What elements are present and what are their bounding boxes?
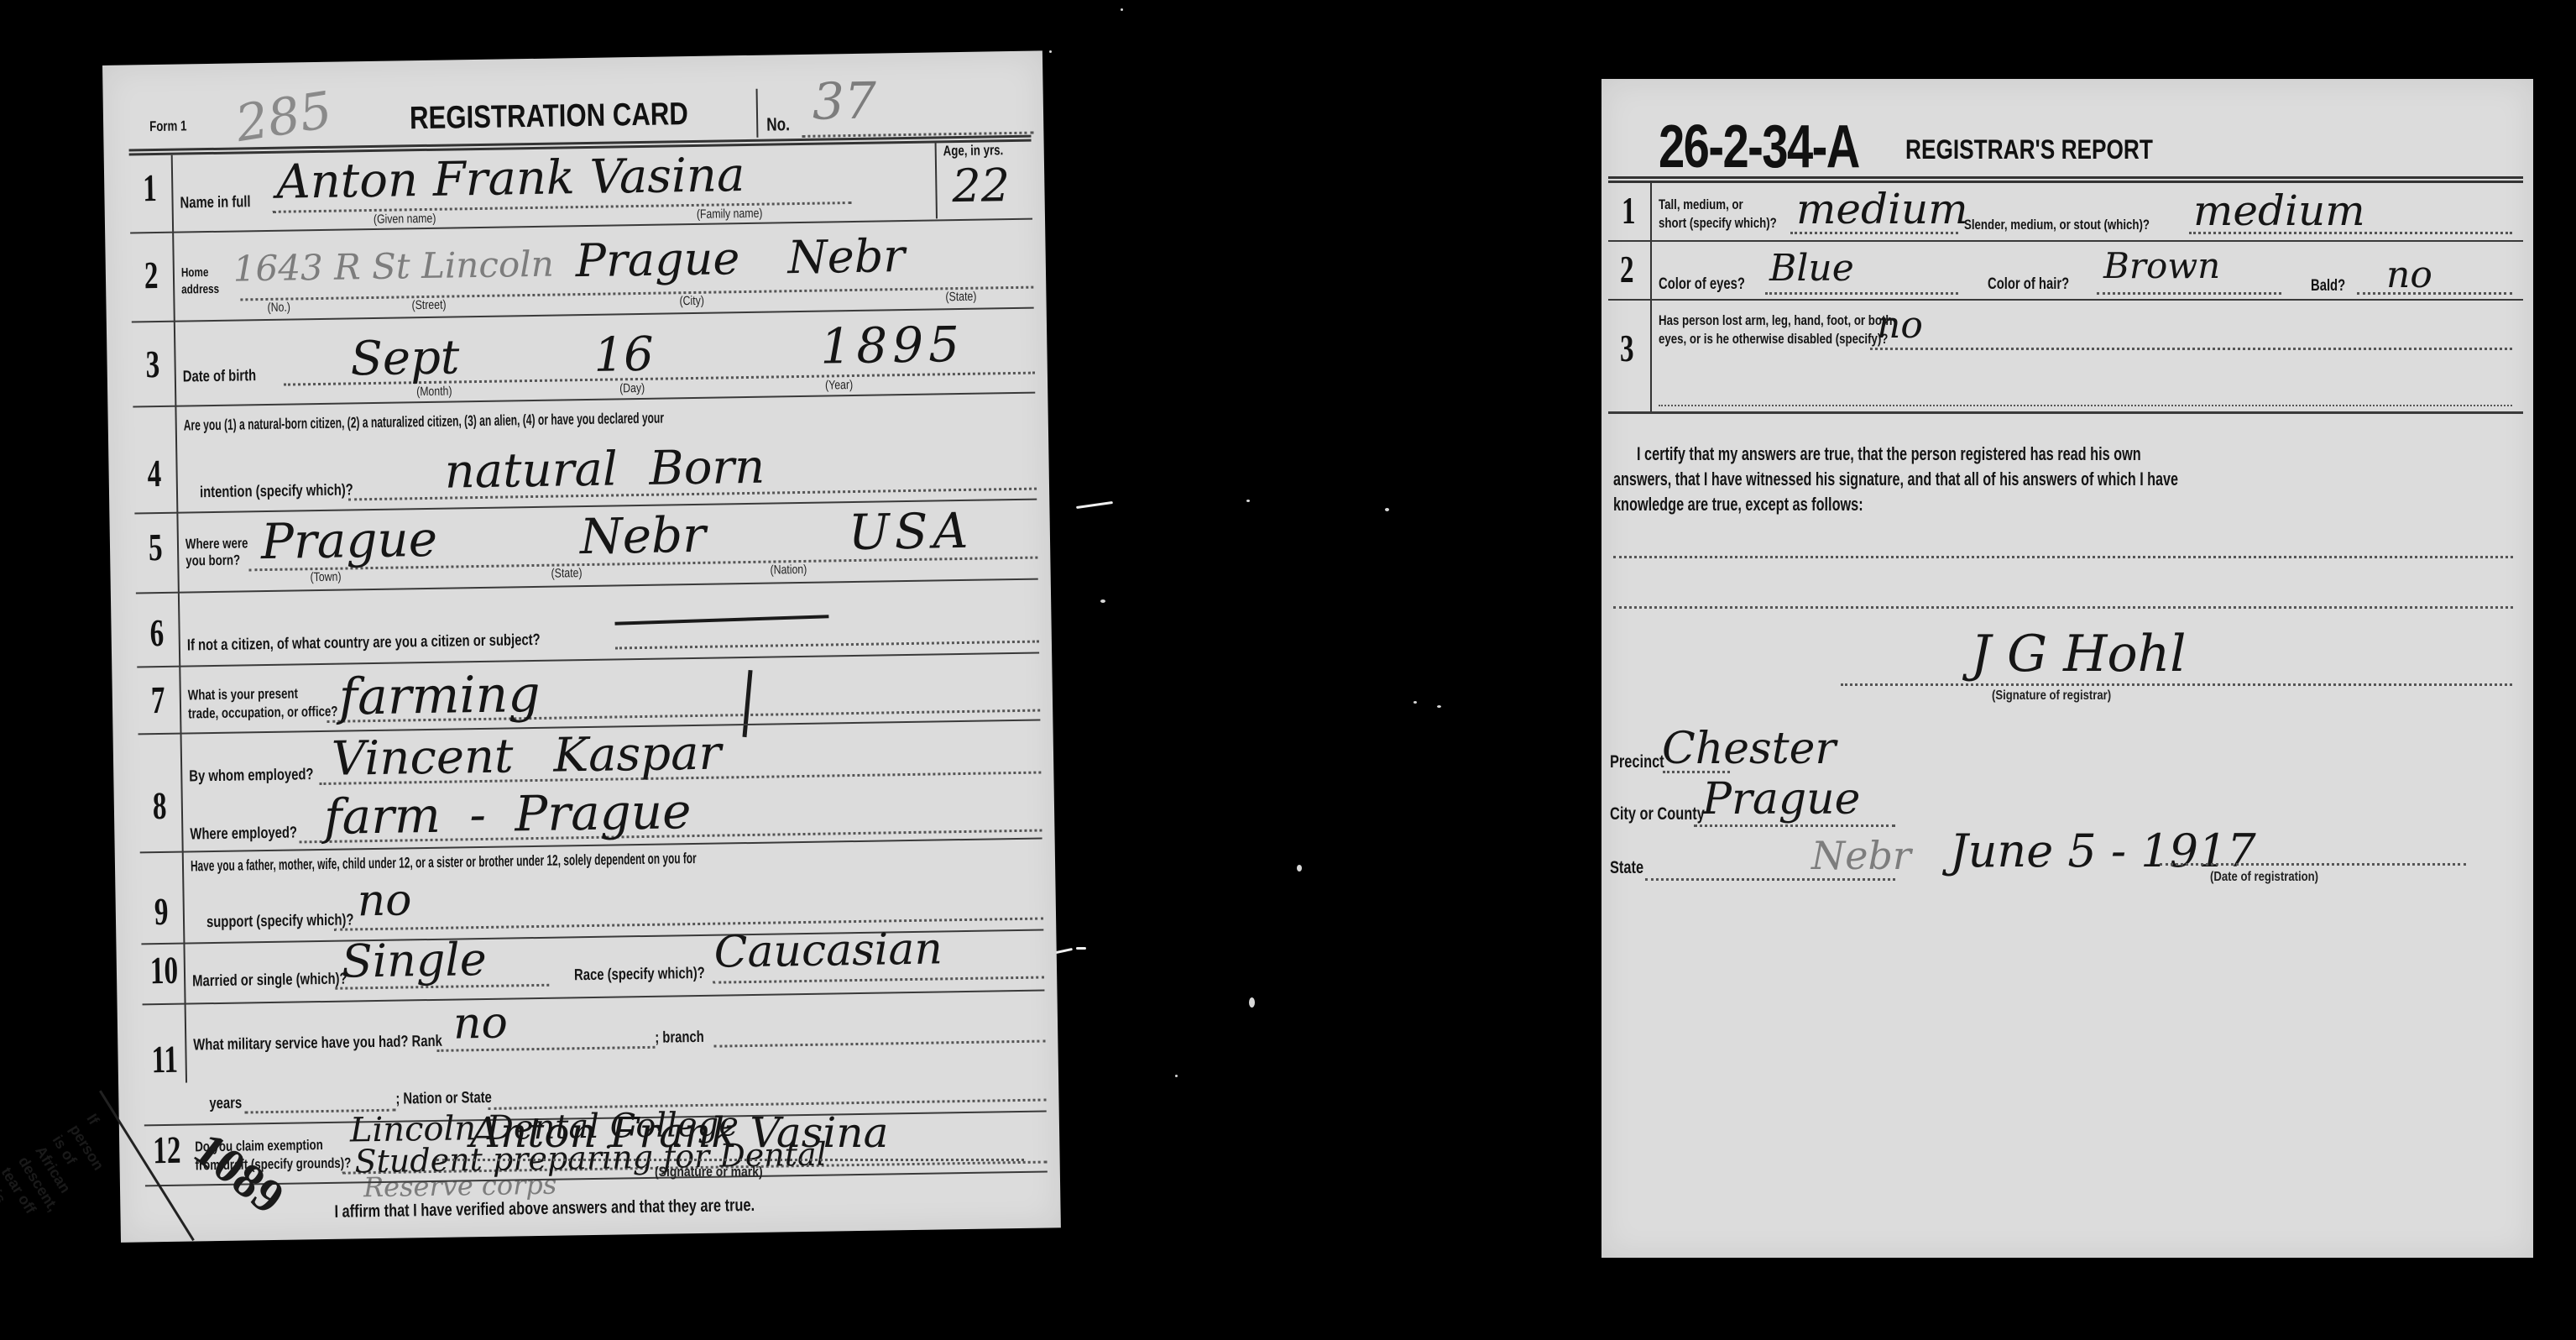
header-rule	[1608, 176, 2523, 183]
occupation-value: farming	[338, 665, 541, 727]
hair-color-label: Color of hair?	[1988, 275, 2069, 294]
citizenship-question: Are you (1) a natural-born citizen, (2) …	[184, 410, 665, 435]
dotted-line	[713, 976, 1044, 984]
employer-value: Vincent Kaspar	[332, 726, 722, 787]
item-number: 8	[152, 783, 166, 828]
address-city-state-value: Prague Nebr	[575, 229, 905, 287]
race-value: Caucasian	[713, 924, 943, 977]
report-title: REGISTRAR'S REPORT	[1905, 134, 2153, 165]
card-number: 37	[812, 72, 876, 132]
dust-speck	[1249, 997, 1255, 1008]
dotted-line	[1870, 348, 2512, 350]
address-label: address	[181, 282, 219, 297]
form-label: Form 1	[149, 118, 187, 135]
height-label-1: Tall, medium, or	[1659, 196, 1743, 213]
dotted-line	[713, 1039, 1045, 1047]
dust-speck	[1246, 500, 1250, 502]
row-rule	[137, 652, 1039, 668]
precinct-label: Precinct	[1610, 752, 1664, 772]
item-number: 2	[1620, 247, 1634, 291]
signature-line	[436, 1159, 1024, 1161]
race-label: Race (specify which)?	[574, 965, 705, 985]
registrant-signature: Anton Frank Vasina	[470, 1108, 888, 1157]
dust-speck	[1049, 50, 1052, 53]
row-rule	[1608, 411, 2523, 414]
dust-speck	[1437, 705, 1441, 708]
handwritten-dash	[614, 615, 828, 625]
dependents-value: no	[357, 875, 412, 926]
city-county-label: City or County	[1610, 804, 1705, 824]
dob-label: Date of birth	[183, 367, 257, 386]
dotted-line	[2097, 292, 2281, 295]
pencil-number: 285	[232, 81, 336, 154]
number-column-rule	[1650, 183, 1652, 411]
nation-or-state-label: ; Nation or State	[395, 1089, 492, 1109]
day-caption: (Day)	[619, 381, 645, 395]
family-name-caption: (Family name)	[697, 207, 763, 222]
birthplace-label-2: you born?	[185, 552, 240, 569]
precinct-value: Chester	[1662, 724, 1836, 774]
given-name-caption: (Given name)	[374, 212, 436, 227]
row-rule	[1608, 299, 2523, 301]
birthplace-label-1: Where were	[185, 535, 248, 552]
bald-label: Bald?	[2311, 277, 2345, 296]
dob-year-value: 1895	[820, 316, 965, 375]
item-number: 11	[151, 1037, 178, 1081]
card-title: REGISTRATION CARD	[410, 97, 688, 137]
item-number: 5	[149, 525, 163, 569]
intention-label: intention (specify which)?	[200, 481, 353, 502]
certify-line-2: answers, that I have witnessed his signa…	[1613, 468, 2178, 490]
dotted-line	[1765, 292, 1958, 295]
work-location-value: farm - Prague	[324, 783, 692, 845]
foreign-citizen-label: If not a citizen, of what country are yo…	[187, 631, 541, 656]
state-caption: (State)	[551, 566, 582, 581]
hair-color-value: Brown	[2103, 245, 2220, 286]
dust-speck	[1385, 508, 1389, 511]
item-number: 1	[1622, 188, 1636, 233]
scratch-mark	[1076, 947, 1086, 950]
age-divider	[935, 143, 938, 218]
employer-label: By whom employed?	[189, 766, 314, 786]
town-caption: (Town)	[310, 570, 341, 585]
eye-color-value: Blue	[1769, 247, 1854, 290]
signature-line	[1841, 683, 2512, 686]
marital-label: Married or single (which)?	[192, 971, 347, 992]
birth-nation-value: USA	[848, 502, 974, 561]
state-caption: (State)	[945, 290, 976, 305]
build-value: medium	[2193, 186, 2365, 235]
dust-speck	[1413, 701, 1417, 704]
item-number: 9	[154, 889, 168, 934]
military-rank-value: no	[453, 998, 509, 1049]
eye-color-label: Color of eyes?	[1659, 275, 1745, 294]
birth-town-value: Prague	[260, 510, 437, 570]
tear-off-corner-note: If person is of African descent, tear of…	[0, 1110, 132, 1248]
registration-date-caption: (Date of registration)	[2210, 870, 2318, 885]
dust-speck	[1297, 865, 1302, 872]
year-caption: (Year)	[825, 378, 853, 393]
dotted-line	[2160, 863, 2466, 866]
height-label-2: short (specify which)?	[1659, 215, 1777, 232]
age-value: 22	[952, 159, 1011, 212]
bald-value: no	[2386, 254, 2432, 296]
height-value: medium	[1796, 185, 1968, 233]
dotted-line	[615, 641, 1039, 650]
exceptions-line	[1613, 556, 2513, 558]
title-divider	[756, 89, 759, 138]
dob-day-value: 16	[593, 327, 654, 383]
dust-speck	[1121, 8, 1123, 11]
registrars-report-card: 26-2-34-A REGISTRAR'S REPORT 1 Tall, med…	[1602, 79, 2533, 1258]
dotted-line	[1659, 405, 2512, 406]
exceptions-line	[1613, 606, 2513, 609]
birth-state-value: Nebr	[579, 506, 706, 565]
row-rule	[133, 392, 1035, 408]
name-value: Anton Frank Vasina	[276, 148, 745, 210]
dotted-line	[240, 286, 1033, 301]
citizenship-value: natural Born	[444, 440, 765, 500]
certify-line-3: knowledge are true, except as follows:	[1613, 494, 1863, 516]
home-label: Home	[181, 265, 209, 280]
row-rule	[136, 578, 1038, 594]
registration-card: Form 1 285 REGISTRATION CARD No. 37 1 Na…	[102, 50, 1061, 1242]
item-number: 3	[145, 342, 159, 386]
item-number: 4	[147, 451, 161, 495]
dust-speck	[1175, 1075, 1178, 1077]
scratch-mark	[1076, 501, 1113, 509]
item-number: 10	[150, 948, 179, 993]
disability-value: no	[1877, 304, 1923, 347]
support-label: support (specify which)?	[206, 911, 354, 932]
marital-value: Single	[341, 933, 487, 988]
handwritten-stroke	[742, 670, 752, 737]
occupation-label-1: What is your present	[188, 685, 298, 704]
registrar-signature: J G Hohl	[1971, 625, 2186, 683]
street-caption: (Street)	[411, 298, 446, 313]
item-number: 12	[153, 1128, 181, 1173]
occupation-label-2: trade, occupation, or office?	[188, 704, 338, 723]
item-number: 1	[143, 165, 157, 210]
no-caption: (No.)	[267, 301, 290, 315]
disability-label-2: eyes, or is he otherwise disabled (speci…	[1659, 331, 1888, 348]
work-location-label: Where employed?	[190, 824, 297, 844]
item-number: 7	[150, 678, 165, 722]
branch-label: ; branch	[655, 1029, 704, 1048]
military-service-label: What military service have you had? Rank	[193, 1033, 442, 1055]
serial-number: 26-2-34-A	[1659, 113, 1859, 181]
years-label: years	[209, 1095, 242, 1114]
item-number: 3	[1620, 326, 1634, 370]
row-rule	[1608, 240, 2523, 242]
registrar-signature-caption: (Signature of registrar)	[1992, 688, 2111, 704]
nation-caption: (Nation)	[770, 563, 807, 578]
item-number: 6	[149, 610, 164, 655]
dotted-line	[1645, 878, 1895, 881]
certify-line-1: I certify that my answers are true, that…	[1637, 443, 2141, 465]
state-label: State	[1610, 858, 1643, 878]
month-caption: (Month)	[416, 385, 452, 400]
item-number: 2	[144, 253, 159, 297]
dotted-line	[2357, 292, 2512, 295]
dob-month-value: Sept	[350, 330, 460, 386]
dotted-line	[1694, 824, 1895, 827]
city-county-value: Prague	[1702, 774, 1860, 824]
age-label: Age, in yrs.	[943, 142, 1004, 160]
address-street-value: 1643 R St Lincoln	[233, 243, 554, 290]
city-caption: (City)	[679, 294, 704, 308]
disability-label-1: Has person lost arm, leg, hand, foot, or…	[1659, 312, 1892, 329]
signature-caption: (Signature or mark)	[655, 1164, 763, 1180]
dust-speck	[1100, 599, 1105, 603]
dependents-question: Have you a father, mother, wife, child u…	[191, 850, 697, 875]
no-label: No.	[766, 113, 790, 135]
exemption-value-3: Reserve corps	[363, 1169, 557, 1204]
row-rule	[143, 990, 1045, 1006]
name-label: Name in full	[180, 193, 250, 212]
state-value: Nebr	[1811, 833, 1911, 878]
build-label: Slender, medium, or stout (which)?	[1964, 217, 2150, 233]
